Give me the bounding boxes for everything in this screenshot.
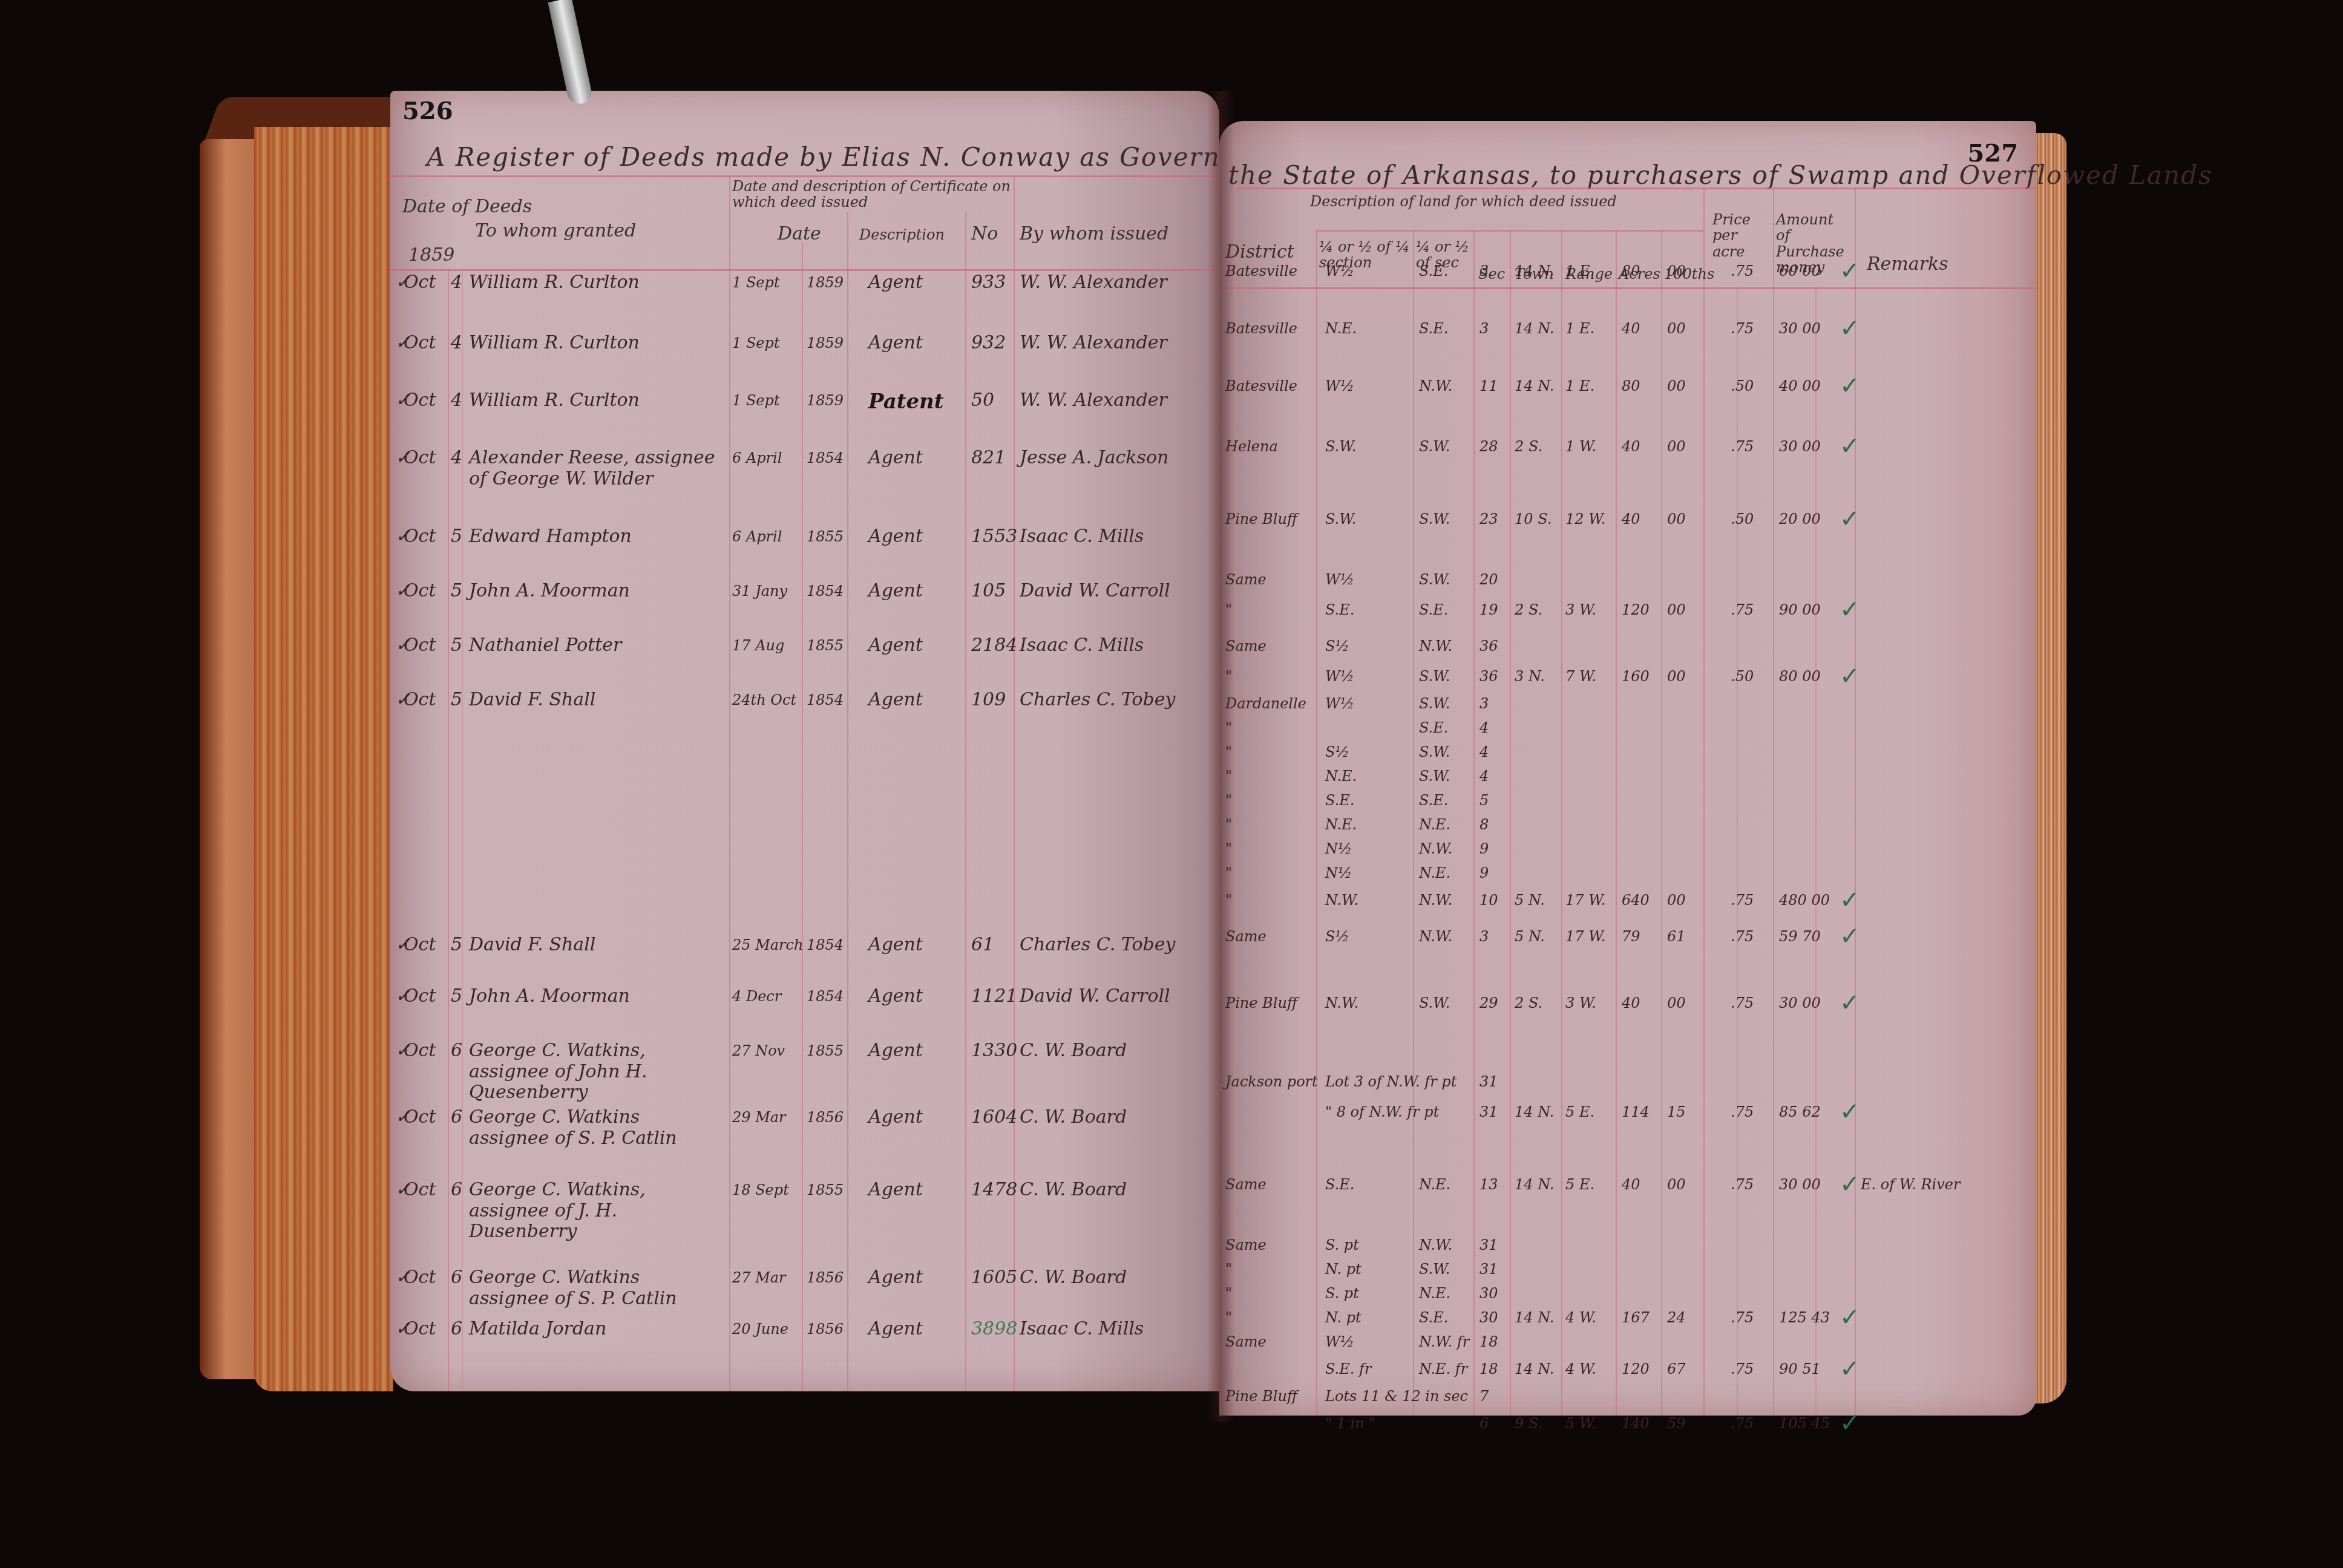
section-number: 31 [1480,1104,1498,1121]
acres: 80 [1622,378,1640,395]
section-number: 7 [1480,1388,1489,1405]
remarks: E. of W. River [1861,1177,1960,1194]
section-number: 8 [1480,817,1489,834]
acres: 120 [1622,1361,1650,1378]
certificate-description: Agent [868,333,923,354]
certificate-description: Agent [868,1267,923,1289]
quarter-of-section: S.E. [1419,321,1448,338]
certificate-date: 27 Mar [732,1270,786,1287]
certificate-year: 1856 [807,1270,844,1287]
certificate-number: 821 [971,448,1006,469]
grantee-name: Nathaniel Potter [469,635,621,656]
header-certificate-group: Date and description of Certificate on w… [732,178,1011,211]
township: 14 N. [1515,1104,1554,1121]
certificate-date: 25 March [732,937,803,954]
green-check-mark: ✓ [1840,433,1860,460]
acres-hundredths: 00 [1667,321,1686,338]
grantee-name: Edward Hampton [469,526,632,547]
township: 14 N. [1515,378,1554,395]
township: 9 S. [1515,1416,1542,1432]
certificate-year: 1854 [807,692,844,709]
column-rule [1473,230,1475,1416]
certificate-number: 50 [971,390,994,411]
certificate-description: Agent [868,272,923,293]
purchase-amount: 85 62 [1779,1104,1821,1121]
certificate-year: 1856 [807,1321,844,1338]
deed-month: Oct [404,448,436,469]
acres: 140 [1622,1416,1650,1432]
register-title-left: A Register of Deeds made by Elias N. Con… [427,142,1286,172]
township: 14 N. [1515,1361,1554,1378]
quarter-section: W½ [1325,263,1354,280]
certificate-date: 27 Nov [732,1043,785,1060]
quarter-of-section: N.W. [1419,841,1452,858]
certificate-number: 109 [971,690,1006,711]
deed-month: Oct [404,1319,436,1340]
header-rule-top [1237,188,2036,189]
land-district: Jackson port [1225,1074,1318,1091]
purchase-amount: 80 00 [1779,668,1821,685]
green-check-mark: ✓ [1840,1410,1860,1437]
quarter-section: N½ [1325,865,1352,882]
page-number-left: 526 [402,97,453,125]
quarter-of-section: S.W. [1419,439,1450,456]
section-number: 4 [1480,744,1489,761]
column-rule [1773,188,1774,1416]
certificate-year: 1855 [807,638,844,655]
certificate-description: Agent [868,986,923,1007]
quarter-of-section: S.E. [1419,602,1448,619]
purchase-amount: 105 45 [1779,1416,1830,1432]
quarter-section: S. pt [1325,1285,1359,1302]
township: 14 N. [1515,1310,1554,1327]
acres-hundredths: 59 [1667,1416,1686,1432]
quarter-section: W½ [1325,696,1354,713]
column-rule [847,212,848,1391]
certificate-year: 1854 [807,450,844,467]
certificate-year: 1855 [807,1182,844,1199]
left-page: 526 A Register of Deeds made by Elias N.… [390,91,1219,1391]
green-check-mark: ✓ [1840,505,1860,533]
acres: 40 [1622,1177,1640,1194]
register-title-right: the State of Arkansas, to purchasers of … [1228,160,2213,190]
grantee-name: David F. Shall [469,935,595,956]
quarter-of-section: S.W. [1419,1261,1450,1278]
quarter-of-section: S.W. [1419,511,1450,528]
certificate-year: 1859 [807,393,844,410]
range: 4 W. [1565,1310,1596,1327]
quarter-of-section: S.W. [1419,744,1450,761]
certificate-year: 1854 [807,937,844,954]
section-number: 31 [1480,1074,1498,1091]
acres-hundredths: 15 [1667,1104,1686,1121]
certificate-description: Agent [868,935,923,956]
certificate-number: 1604 [971,1107,1017,1128]
green-check-mark: ✓ [1840,372,1860,400]
certificate-date: 1 Sept [732,275,780,292]
header-rule-bottom [1219,287,2036,289]
acres-hundredths: 00 [1667,1177,1686,1194]
issued-by: W. W. Alexander [1020,333,1167,354]
certificate-date: 17 Aug [732,638,784,655]
certificate-number: 1330 [971,1040,1017,1062]
quarter-section: S½ [1325,744,1349,761]
header-price-per-acre: Price per acre [1712,212,1770,260]
price-per-acre: .50 [1731,668,1754,685]
quarter-of-section: S.W. [1419,995,1450,1012]
quarter-of-section: N.W. [1419,378,1452,395]
land-district: Pine Bluff [1225,511,1297,528]
acres-hundredths: 00 [1667,439,1686,456]
range: 3 W. [1565,995,1596,1012]
deed-month: Oct [404,635,436,656]
deed-day: 6 [451,1267,462,1289]
quarter-of-section: S.W. [1419,668,1450,685]
grantee-name: George C. Watkins assignee of S. P. Catl… [469,1267,723,1309]
deed-day: 4 [451,272,462,293]
grantee-name: Matilda Jordan [469,1319,606,1340]
section-number: 3 [1480,321,1489,338]
right-page: 527 the State of Arkansas, to purchasers… [1219,121,2036,1416]
deed-month: Oct [404,272,436,293]
column-rule [462,269,463,1391]
township: 10 S. [1515,511,1552,528]
issued-by: Jesse A. Jackson [1020,448,1168,469]
quarter-of-section: N.E. fr [1419,1361,1467,1378]
acres-hundredths: 67 [1667,1361,1686,1378]
deed-day: 6 [451,1319,462,1340]
quarter-of-section: S.E. [1419,263,1448,280]
section-number: 36 [1480,668,1498,685]
quarter-section: W½ [1325,378,1354,395]
acres: 160 [1622,668,1650,685]
column-rule [448,269,449,1391]
section-number: 9 [1480,841,1489,858]
acres: 40 [1622,511,1640,528]
certificate-number: 1605 [971,1267,1017,1289]
price-per-acre: .75 [1731,1361,1754,1378]
price-per-acre: .75 [1731,1177,1754,1194]
quarter-of-section: N.W. [1419,638,1452,655]
range: 1 E. [1565,321,1594,338]
column-rule [1703,188,1705,1416]
price-per-acre: .75 [1731,439,1754,456]
issued-by: David W. Carroll [1020,581,1170,602]
quarter-section: N. pt [1325,1310,1362,1327]
issued-by: Isaac C. Mills [1020,526,1144,547]
green-check-mark: ✓ [1840,1171,1860,1198]
column-rule [729,175,730,1391]
purchase-amount: 125 43 [1779,1310,1830,1327]
deed-day: 5 [451,690,462,711]
purchase-amount: 60 00 [1779,263,1821,280]
section-number: 13 [1480,1177,1498,1194]
certificate-year: 1856 [807,1109,844,1126]
green-check-mark: ✓ [1840,662,1860,690]
acres-hundredths: 00 [1667,511,1686,528]
green-check-mark: ✓ [1840,1304,1860,1331]
certificate-date: 18 Sept [732,1182,789,1199]
price-per-acre: .75 [1731,321,1754,338]
quarter-of-section: S.E. [1419,720,1448,737]
header-description: Description [859,227,945,243]
acres-hundredths: 00 [1667,263,1686,280]
price-per-acre: .75 [1731,1416,1754,1432]
acres: 80 [1622,263,1640,280]
quarter-of-section: N.E. [1419,1285,1450,1302]
issued-by: C. W. Board [1020,1180,1127,1201]
quarter-section: S. pt [1325,1237,1359,1254]
price-per-acre: .50 [1731,378,1754,395]
quarter-section: N. pt [1325,1261,1362,1278]
certificate-date: 29 Mar [732,1109,786,1126]
quarter-of-section: S.W. [1419,696,1450,713]
quarter-of-section: S.E. [1419,792,1448,809]
issued-by: Isaac C. Mills [1020,635,1144,656]
section-number: 11 [1480,378,1498,395]
certificate-number: 1553 [971,526,1017,547]
quarter-section: S½ [1325,638,1349,655]
land-district: Pine Bluff [1225,995,1297,1012]
certificate-date: 20 June [732,1321,788,1338]
price-per-acre: .75 [1731,602,1754,619]
purchase-amount: 20 00 [1779,511,1821,528]
price-per-acre: .75 [1731,1104,1754,1121]
deed-day: 6 [451,1107,462,1128]
section-number: 3 [1480,263,1489,280]
column-rule [802,242,803,1391]
section-number: 6 [1480,1416,1489,1432]
certificate-year: 1859 [807,335,844,352]
grantee-name: William R. Curlton [469,390,640,411]
certificate-description: Agent [868,448,923,469]
issued-by: C. W. Board [1020,1040,1127,1062]
section-number: 3 [1480,929,1489,946]
quarter-section: N.E. [1325,321,1357,338]
range: 17 W. [1565,892,1605,909]
quarter-section: N½ [1325,841,1352,858]
certificate-date: 24th Oct [732,692,796,709]
column-rule [965,212,966,1391]
quarter-section: S.W. [1325,439,1356,456]
issued-by: W. W. Alexander [1020,390,1167,411]
issued-by: C. W. Board [1020,1107,1127,1128]
range: 12 W. [1565,511,1605,528]
grantee-name: William R. Curlton [469,272,640,293]
certificate-description: Agent [868,526,923,547]
deed-month: Oct [404,333,436,354]
quarter-section: N.E. [1325,817,1357,834]
range: 4 W. [1565,1361,1596,1378]
range: 5 W. [1565,1416,1596,1432]
deed-day: 5 [451,635,462,656]
grantee-name: William R. Curlton [469,333,640,354]
quarter-of-section: N.W. [1419,1237,1452,1254]
acres-hundredths: 00 [1667,602,1686,619]
land-district: Batesville [1225,378,1297,395]
certificate-date: 6 April [732,529,782,546]
deed-day: 5 [451,986,462,1007]
header-date: Date [778,224,821,244]
certificate-date: 6 April [732,450,782,467]
section-number: 9 [1480,865,1489,882]
certificate-number: 105 [971,581,1006,602]
deed-month: Oct [404,986,436,1007]
page-stack-edge [254,127,393,1391]
certificate-number: 932 [971,333,1006,354]
section-number: 3 [1480,696,1489,713]
column-rule [1510,230,1511,1416]
range: 17 W. [1565,929,1605,946]
grantee-name: John A. Moorman [469,581,630,602]
deed-month: Oct [404,1267,436,1289]
issued-by: W. W. Alexander [1020,272,1167,293]
acres-hundredths: 00 [1667,995,1686,1012]
deed-month: Oct [404,690,436,711]
quarter-section: Lot 3 of N.W. fr pt [1325,1074,1457,1091]
quarter-of-section: S.E. [1419,1310,1448,1327]
green-check-mark: ✓ [1840,1098,1860,1126]
certificate-description: Patent [868,390,943,414]
price-per-acre: .75 [1731,995,1754,1012]
section-number: 18 [1480,1334,1498,1351]
certificate-number: 1121 [971,986,1017,1007]
range: 1 E. [1565,263,1594,280]
deed-day: 5 [451,526,462,547]
township: 2 S. [1515,439,1542,456]
deed-day: 5 [451,935,462,956]
book-gutter [1207,91,1234,1422]
quarter-of-section: N.E. [1419,1177,1450,1194]
green-check-mark: ✓ [1840,923,1860,950]
header-district: District [1225,242,1294,262]
certificate-year: 1854 [807,988,844,1005]
quarter-section: S.W. [1325,511,1356,528]
quarter-of-section: N.W. [1419,892,1452,909]
grantee-name: George C. Watkins, assignee of John H. Q… [469,1040,723,1103]
range: 3 W. [1565,602,1596,619]
certificate-number: 3898 [971,1319,1017,1340]
quarter-section: S.E. fr [1325,1361,1371,1378]
land-district: Batesville [1225,321,1297,338]
quarter-section: S.E. [1325,1177,1354,1194]
range: 1 W. [1565,439,1596,456]
certificate-description: Agent [868,635,923,656]
green-check-mark: ✓ [1840,989,1860,1017]
purchase-amount: 59 70 [1779,929,1821,946]
deed-day: 4 [451,448,462,469]
acres: 114 [1622,1104,1650,1121]
issued-by: Isaac C. Mills [1020,1319,1144,1340]
column-rule [1316,230,1317,1416]
price-per-acre: .75 [1731,1310,1754,1327]
column-rule [1737,287,1738,1416]
certificate-description: Agent [868,581,923,602]
purchase-amount: 90 51 [1779,1361,1821,1378]
deed-month: Oct [404,526,436,547]
section-number: 36 [1480,638,1498,655]
section-number: 30 [1480,1285,1498,1302]
green-check-mark: ✓ [1840,315,1860,342]
column-rule [1815,287,1817,1416]
quarter-of-section: N.W. [1419,929,1452,946]
quarter-section: " 8 of N.W. fr pt [1325,1104,1439,1121]
section-number: 10 [1480,892,1498,909]
deed-month: Oct [404,1107,436,1128]
issued-by: David W. Carroll [1020,986,1170,1007]
quarter-section: S.E. [1325,602,1354,619]
grantee-name: George C. Watkins, assignee of J. H. Dus… [469,1180,723,1243]
township: 14 N. [1515,1177,1554,1194]
acres: 640 [1622,892,1650,909]
quarter-of-section: S.W. [1419,572,1450,589]
green-check-mark: ✓ [1840,257,1860,285]
price-per-acre: .75 [1731,929,1754,946]
quarter-section: S.E. [1325,792,1354,809]
section-number: 18 [1480,1361,1498,1378]
quarter-section: N.E. [1325,768,1357,785]
issued-by: Charles C. Tobey [1020,935,1175,956]
quarter-section: " 1 in " [1325,1416,1375,1432]
quarter-section: Lots 11 & 12 in sec [1325,1388,1468,1405]
quarter-section: N.W. [1325,995,1358,1012]
section-number: 30 [1480,1310,1498,1327]
quarter-of-section: N.E. [1419,865,1450,882]
grantee-name: George C. Watkins assignee of S. P. Catl… [469,1107,723,1149]
certificate-description: Agent [868,1040,923,1062]
section-number: 31 [1480,1237,1498,1254]
township: 14 N. [1515,321,1554,338]
header-rule-bottom [390,269,1219,271]
acres-hundredths: 00 [1667,668,1686,685]
section-number: 5 [1480,792,1489,809]
purchase-amount: 30 00 [1779,1177,1821,1194]
range: 5 E. [1565,1177,1594,1194]
certificate-year: 1855 [807,529,844,546]
column-rule [1561,230,1562,1416]
range: 1 E. [1565,378,1594,395]
acres: 40 [1622,995,1640,1012]
issued-by: Charles C. Tobey [1020,690,1175,711]
acres-hundredths: 00 [1667,378,1686,395]
column-rule [1413,230,1414,1416]
acres-hundredths: 00 [1667,892,1686,909]
township: 3 N. [1515,668,1545,685]
certificate-description: Agent [868,1319,923,1340]
grantee-name: Alexander Reese, assignee of George W. W… [469,448,723,489]
deed-day: 6 [451,1180,462,1201]
quarter-section: W½ [1325,572,1354,589]
township: 5 N. [1515,929,1545,946]
section-number: 4 [1480,720,1489,737]
certificate-year: 1855 [807,1043,844,1060]
land-district: Pine Bluff [1225,1388,1297,1405]
quarter-of-section: N.W. fr [1419,1334,1469,1351]
column-rule [1661,230,1662,1416]
deed-day: 5 [451,581,462,602]
quarter-section: N.W. [1325,892,1358,909]
section-number: 19 [1480,602,1498,619]
purchase-amount: 90 00 [1779,602,1821,619]
deed-day: 6 [451,1040,462,1062]
acres: 120 [1622,602,1650,619]
section-number: 29 [1480,995,1498,1012]
header-year: 1859 [408,245,454,265]
quarter-of-section: S.W. [1419,768,1450,785]
deed-day: 4 [451,390,462,411]
grantee-name: John A. Moorman [469,986,630,1007]
header-land-group: Description of land for which deed issue… [1310,194,1617,209]
